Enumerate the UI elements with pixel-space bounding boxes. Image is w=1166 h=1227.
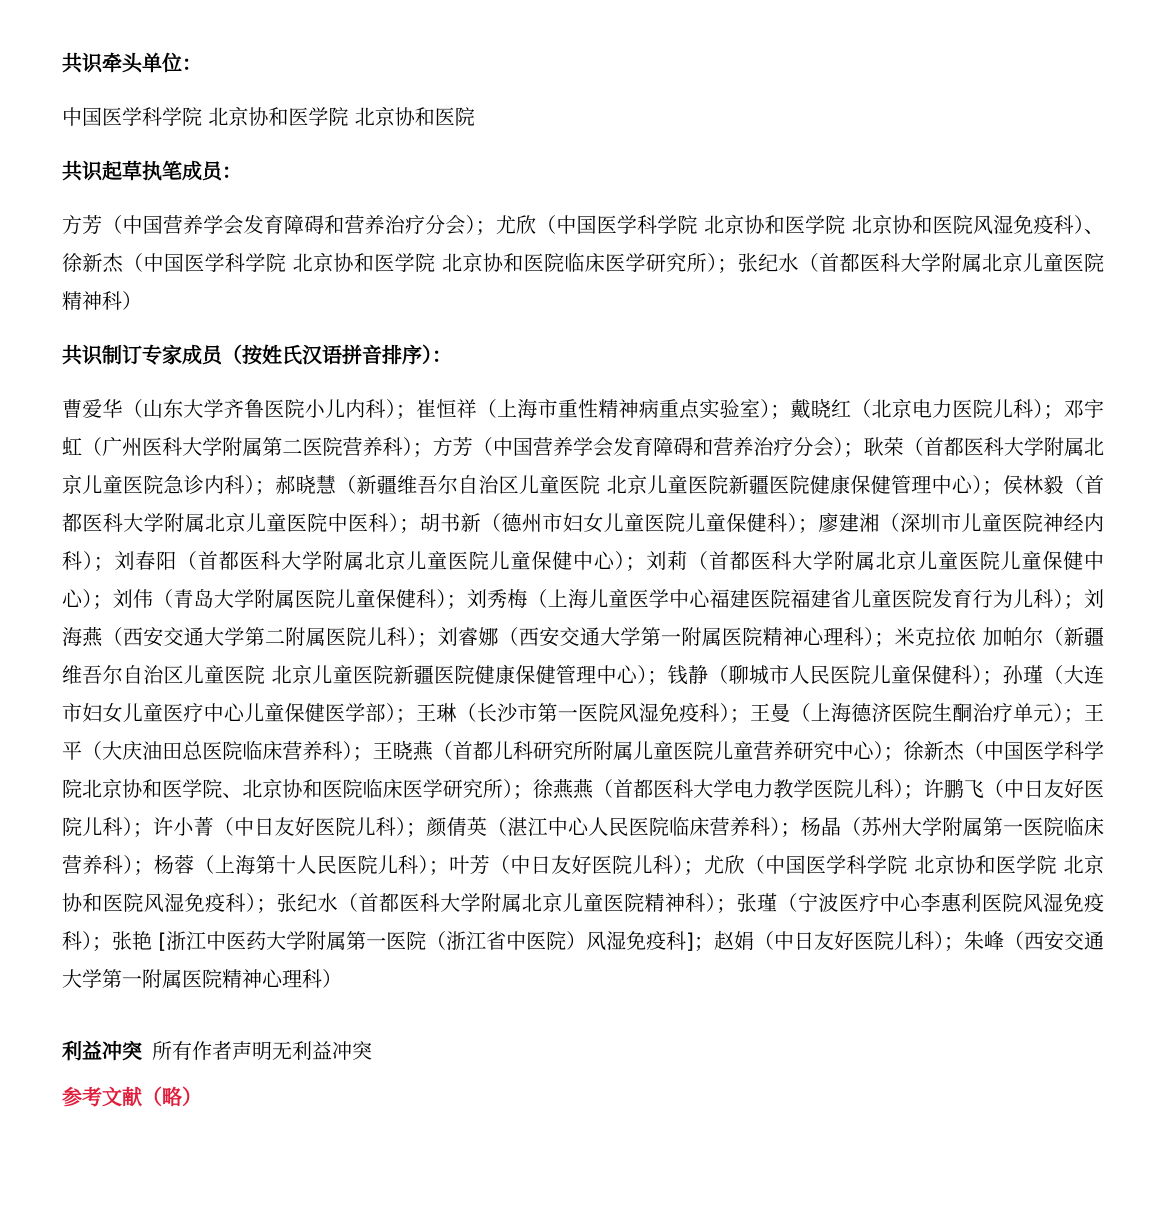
conflict-of-interest-statement: 所有作者声明无利益冲突 [152, 1039, 372, 1063]
conflict-of-interest-line: 利益冲突所有作者声明无利益冲突 [62, 1032, 1104, 1070]
drafting-members-body: 方芳（中国营养学会发育障碍和营养治疗分会）；尤欣（中国医学科学院 北京协和医学院… [62, 206, 1104, 320]
drafting-members-heading: 共识起草执笔成员： [62, 152, 1104, 190]
lead-org-heading: 共识牵头单位： [62, 44, 1104, 82]
expert-members-body: 曹爱华（山东大学齐鲁医院小儿内科）；崔恒祥（上海市重性精神病重点实验室）；戴晓红… [62, 390, 1104, 998]
references-label: 参考文献（略） [62, 1078, 1104, 1116]
expert-members-heading: 共识制订专家成员（按姓氏汉语拼音排序）： [62, 336, 1104, 374]
conflict-of-interest-label: 利益冲突 [62, 1039, 142, 1063]
document-body: 共识牵头单位： 中国医学科学院 北京协和医学院 北京协和医院 共识起草执笔成员：… [0, 0, 1166, 1116]
lead-org-body: 中国医学科学院 北京协和医学院 北京协和医院 [62, 98, 1104, 136]
